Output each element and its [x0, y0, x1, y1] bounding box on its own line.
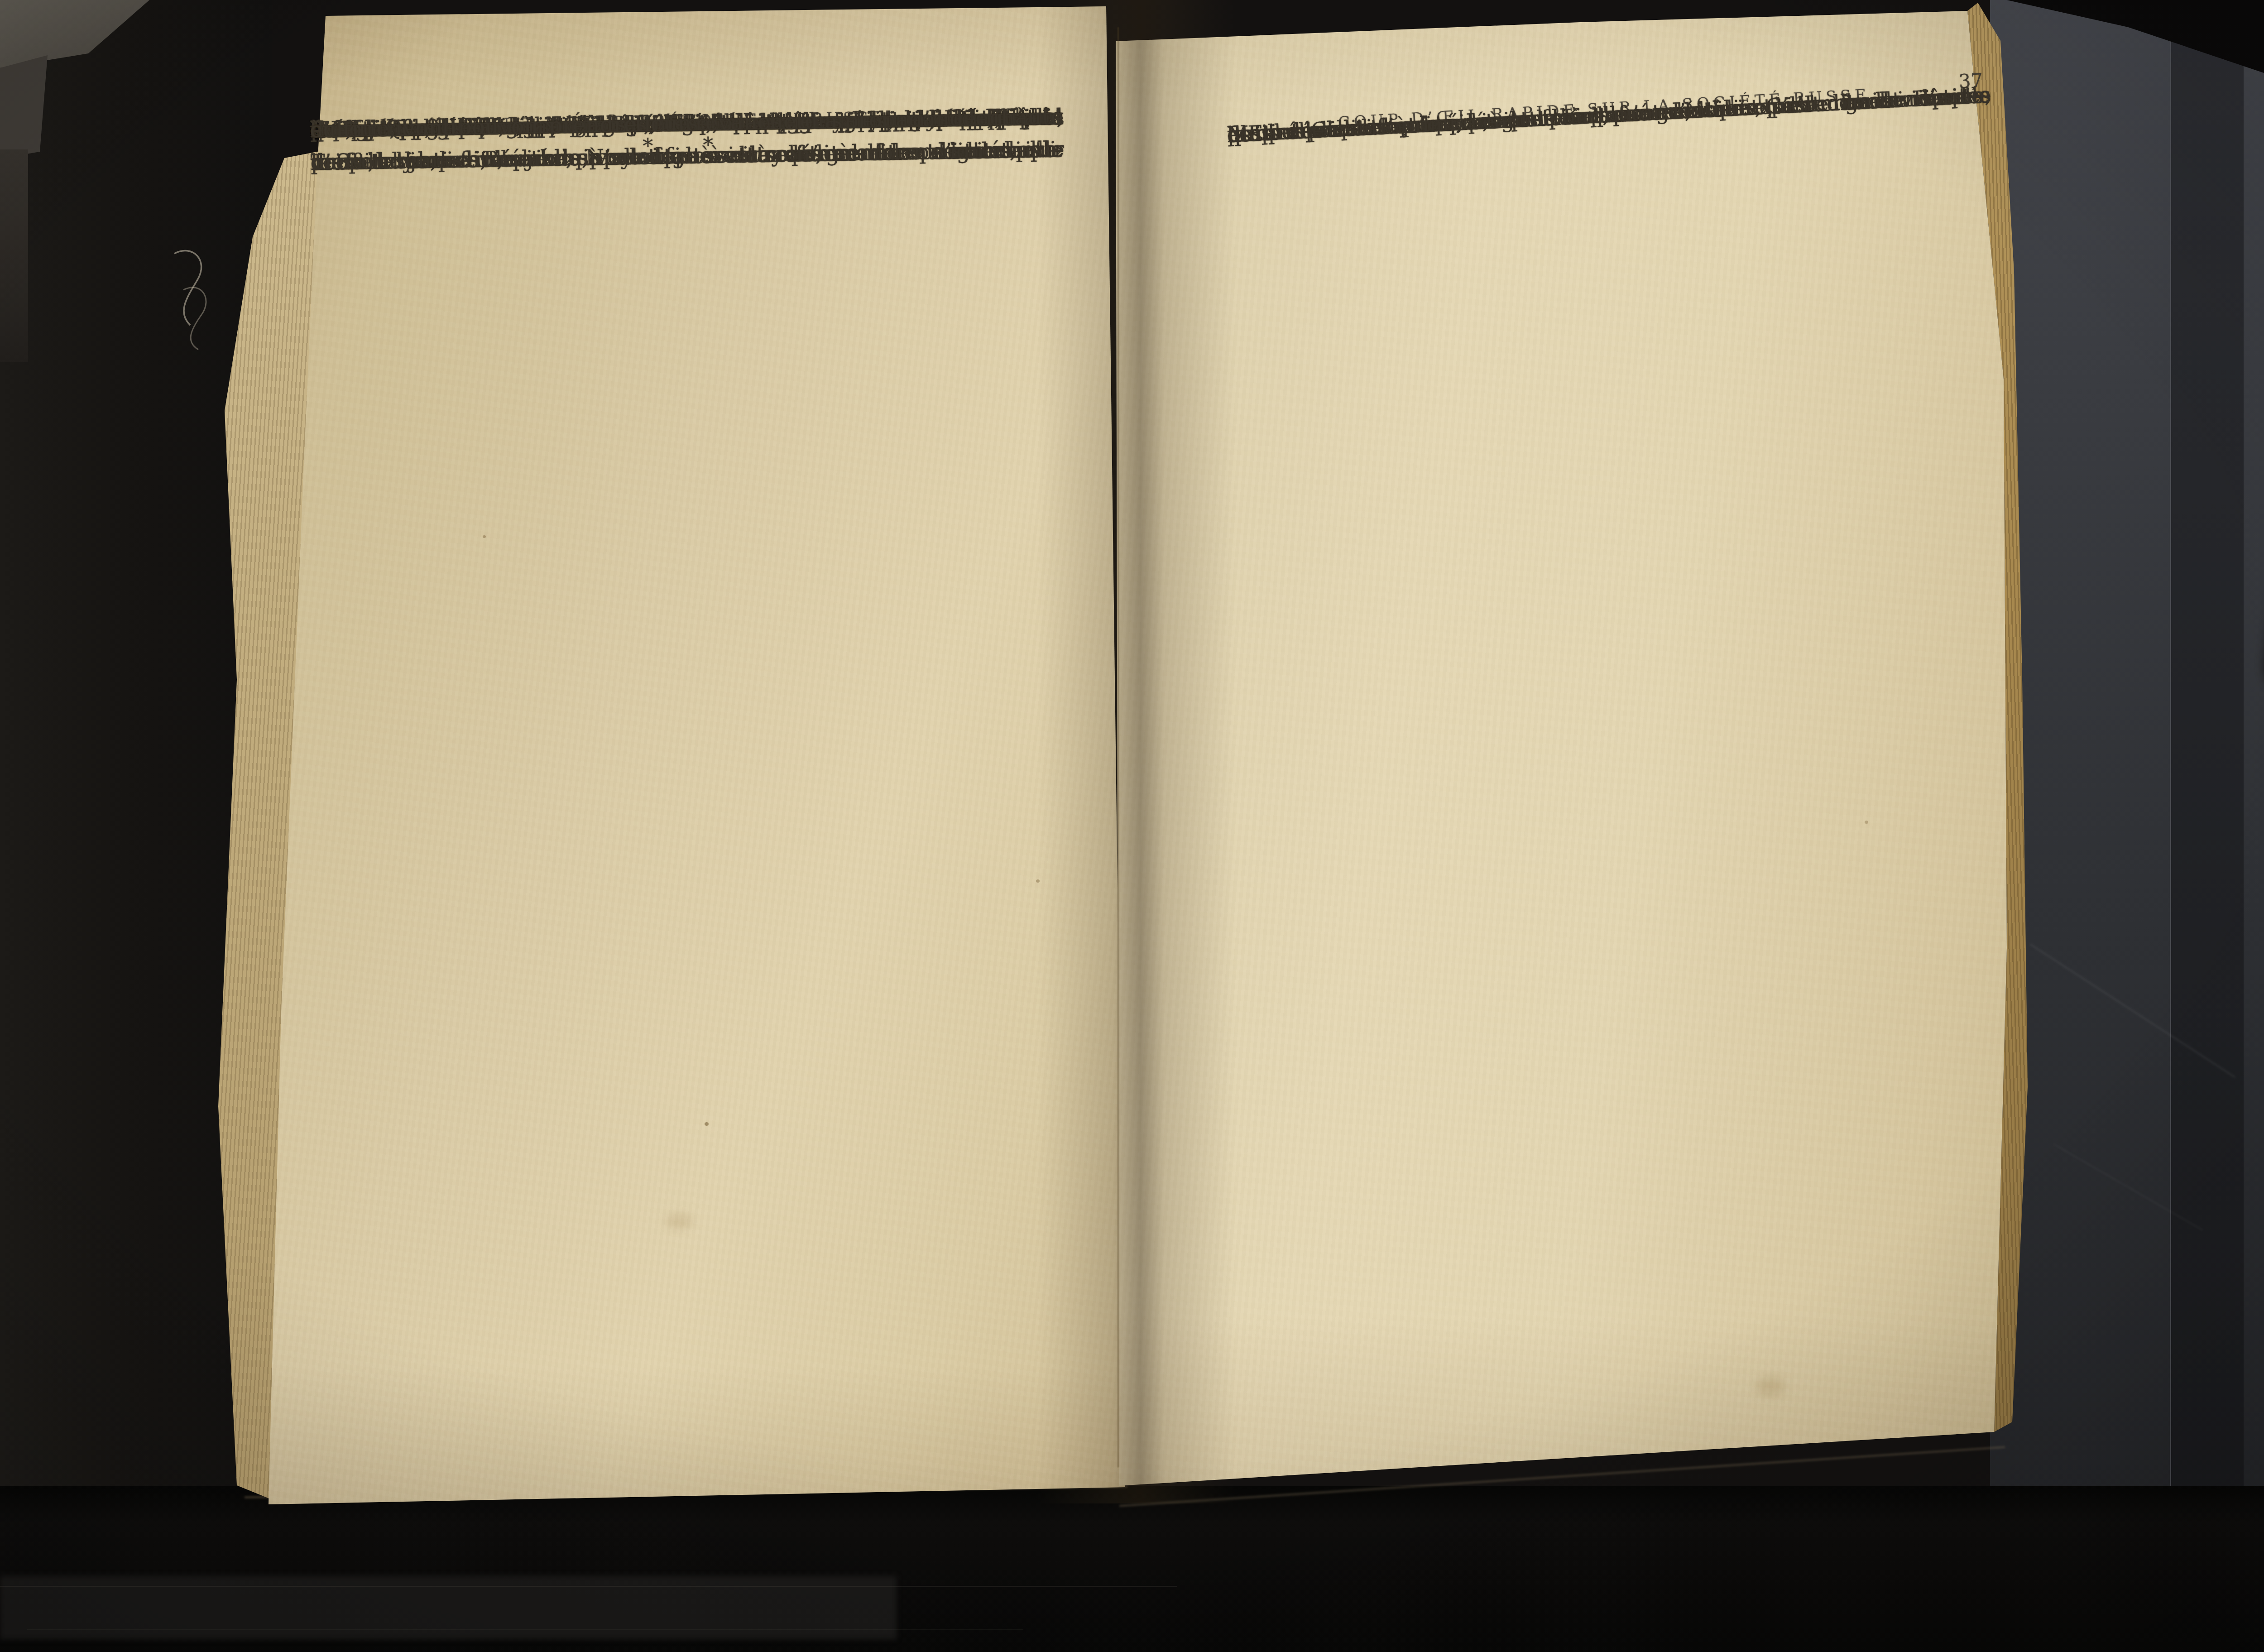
- paper-smudge: [666, 1214, 693, 1229]
- shelf-sheen-line: [0, 1586, 1177, 1587]
- panel-seam-shadow: [2171, 0, 2244, 1513]
- paper-stain: [1756, 1377, 1785, 1397]
- paper-speck: [705, 1122, 709, 1126]
- loose-threads: [158, 235, 249, 362]
- left-page: [237, 0, 1146, 1517]
- paper-speck: [1036, 879, 1040, 883]
- shelf-sheen-line: [27, 1629, 1023, 1630]
- paper-speck: [483, 535, 486, 538]
- shelf-metal-strip: [0, 149, 28, 362]
- book-photo: 36 HUIT MOIS DE RÉVOLUTION RUSSE. « Seit…: [0, 0, 2264, 1652]
- right-page: [1106, 0, 2054, 1494]
- paper-speck: [1865, 821, 1868, 824]
- gutter-crease-line: [1118, 27, 1119, 1467]
